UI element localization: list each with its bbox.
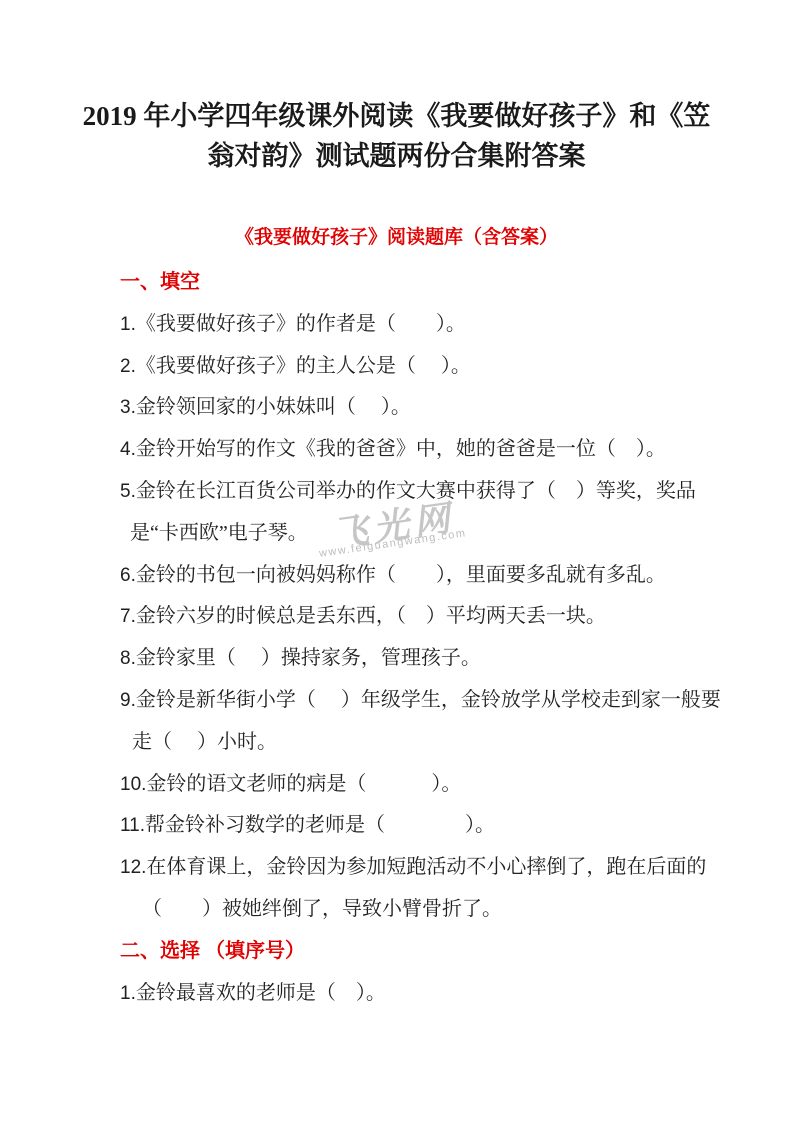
question-line: 11.帮金铃补习数学的老师是（ ）。: [120, 805, 730, 847]
question-line: 6.金铃的书包一向被妈妈称作（ ），里面要多乱就有多乱。: [120, 555, 730, 597]
question-line: 1.《我要做好孩子》的作者是（ ）。: [120, 304, 730, 346]
question-text: 金铃的书包一向被妈妈称作（ ），里面要多乱就有多乱。: [136, 564, 666, 586]
question-text: 金铃最喜欢的老师是（ ）。: [136, 982, 386, 1004]
document-subtitle: 《我要做好孩子》阅读题库（含答案）: [0, 225, 793, 251]
document-page: 2019 年小学四年级课外阅读《我要做好孩子》和《笠 翁对韵》测试题两份合集附答…: [0, 0, 793, 1122]
question-text: 《我要做好孩子》的主人公是（ ）。: [136, 355, 471, 377]
question-text: 在体育课上，金铃因为参加短跑活动不小心摔倒了，跑在后面的: [146, 856, 706, 878]
question-line: 12.在体育课上，金铃因为参加短跑活动不小心摔倒了，跑在后面的: [120, 847, 730, 889]
question-line: 9.金铃是新华街小学（ ）年级学生，金铃放学从学校走到家一般要: [120, 680, 730, 722]
document-title: 2019 年小学四年级课外阅读《我要做好孩子》和《笠 翁对韵》测试题两份合集附答…: [0, 96, 793, 176]
question-text: 金铃的语文老师的病是（ ）。: [146, 773, 461, 795]
question-number: 8.: [120, 648, 136, 669]
question-line: 1.金铃最喜欢的老师是（ ）。: [120, 973, 730, 1015]
question-number: 3.: [120, 397, 136, 418]
question-number: 7.: [120, 606, 136, 627]
document-title-line1: 2019 年小学四年级课外阅读《我要做好孩子》和《笠: [0, 96, 793, 136]
question-text: 金铃在长江百货公司举办的作文大赛中获得了（ ）等奖，奖品: [136, 480, 696, 502]
question-line: 7.金铃六岁的时候总是丢东西，（ ）平均两天丢一块。: [120, 596, 730, 638]
question-text: 《我要做好孩子》的作者是（ ）。: [136, 313, 466, 335]
document-title-line2: 翁对韵》测试题两份合集附答案: [0, 136, 793, 176]
question-line: 4.金铃开始写的作文《我的爸爸》中，她的爸爸是一位（ ）。: [120, 429, 730, 471]
question-number: 1.: [120, 983, 136, 1004]
question-number: 2.: [120, 356, 136, 377]
question-line: 10.金铃的语文老师的病是（ ）。: [120, 764, 730, 806]
document-body: 一、填空1.《我要做好孩子》的作者是（ ）。2.《我要做好孩子》的主人公是（ ）…: [120, 262, 730, 1014]
question-line: 5.金铃在长江百货公司举办的作文大赛中获得了（ ）等奖，奖品: [120, 471, 730, 513]
question-text: 金铃领回家的小妹妹叫（ ）。: [136, 396, 411, 418]
question-continuation-line: 是“卡西欧”电子琴。: [120, 513, 730, 555]
question-number: 1.: [120, 314, 136, 335]
question-text: 金铃是新华街小学（ ）年级学生，金铃放学从学校走到家一般要: [136, 689, 721, 711]
question-number: 9.: [120, 690, 136, 711]
question-number: 6.: [120, 565, 136, 586]
question-text: 金铃家里（ ）操持家务，管理孩子。: [136, 647, 481, 669]
question-line: 2.《我要做好孩子》的主人公是（ ）。: [120, 346, 730, 388]
question-number: 12.: [120, 857, 146, 878]
question-number: 10.: [120, 774, 146, 795]
question-number: 5.: [120, 481, 136, 502]
question-line: 3.金铃领回家的小妹妹叫（ ）。: [120, 387, 730, 429]
question-text: 金铃六岁的时候总是丢东西，（ ）平均两天丢一块。: [136, 605, 606, 627]
question-text: 金铃开始写的作文《我的爸爸》中，她的爸爸是一位（ ）。: [136, 438, 666, 460]
section-heading: 一、填空: [120, 262, 730, 304]
section-heading: 二、选择 （填序号）: [120, 931, 730, 973]
question-number: 4.: [120, 439, 136, 460]
question-number: 11.: [120, 815, 145, 836]
question-continuation-line: （ ）被她绊倒了，导致小臂骨折了。: [120, 889, 730, 931]
question-line: 8.金铃家里（ ）操持家务，管理孩子。: [120, 638, 730, 680]
question-text: 帮金铃补习数学的老师是（ ）。: [145, 814, 495, 836]
question-continuation-line: 走（ ）小时。: [120, 722, 730, 764]
